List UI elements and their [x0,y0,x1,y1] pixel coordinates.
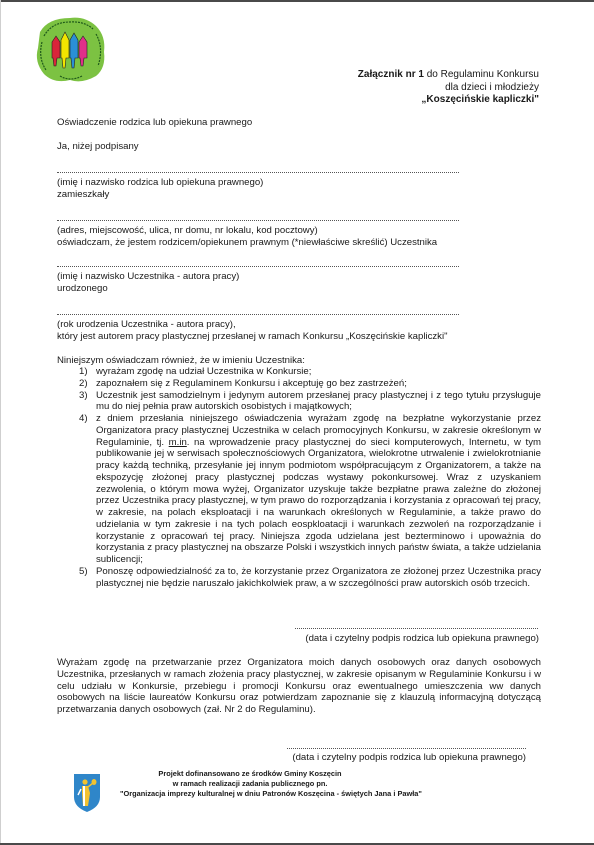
document-title: Oświadczenie rodzica lub opiekuna prawne… [57,117,252,129]
declaration-item: 4) z dniem przesłania niniejszego oświad… [57,413,541,566]
signature-label-2: (data i czytelny podpis rodzica lub opie… [292,752,526,764]
signature-label-1: (data i czytelny podpis rodzica lub opie… [305,633,539,645]
annex-header-line3: „Koszęcińskie kapliczki" [358,94,539,107]
declaration-item: 1) wyrażam zgodę na udział Uczestnika w … [57,366,541,378]
signature-field-1[interactable] [295,628,538,629]
birth-year-field[interactable] [57,314,459,315]
annex-header-line1: Załącznik nr 1 do Regulaminu Konkursu [358,69,539,82]
declaration-item: 3) Uczestnik jest samodzielnym i jedynym… [57,390,541,414]
intro-text: Ja, niżej podpisany [57,141,139,153]
address-field[interactable] [57,220,459,221]
signature-field-2[interactable] [287,748,526,749]
participant-name-field[interactable] [57,266,459,267]
participant-name-label: (imię i nazwisko Uczestnika - autora pra… [57,271,239,283]
born-text: urodzonego [57,283,108,295]
declarations-list: 1) wyrażam zgodę na udział Uczestnika w … [57,366,541,589]
page-top-border [0,0,594,2]
coat-of-arms-icon [73,773,101,813]
birth-year-label: (rok urodzenia Uczestnika - autora pracy… [57,319,236,331]
declaration-intro: Niniejszym oświadczam również, że w imie… [57,355,305,367]
annex-header: Załącznik nr 1 do Regulaminu Konkursu dl… [358,69,539,107]
data-processing-consent: Wyrażam zgodę na przetwarzanie przez Org… [57,657,541,716]
annex-header-line2: dla dzieci i młodzieży [358,82,539,95]
parent-name-field[interactable] [57,172,459,173]
address-label: (adres, miejscowość, ulica, nr domu, nr … [57,225,318,237]
declaration-item: 5) Ponoszę odpowiedzialność za to, że ko… [57,566,541,590]
parent-name-label: (imię i nazwisko rodzica lub opiekuna pr… [57,177,263,189]
association-logo-icon [30,12,108,86]
residence-text: zamieszkały [57,189,109,201]
abbreviation-link: m.in [169,437,187,448]
declaration-item: 2) zapoznałem się z Regulaminem Konkursu… [57,378,541,390]
funding-notice: Projekt dofinansowano ze środków Gminy K… [120,769,380,798]
page-left-border [0,0,1,845]
guardian-statement: oświadczam, że jestem rodzicem/opiekunem… [57,237,437,249]
authorship-statement: który jest autorem pracy plastycznej prz… [57,331,448,343]
